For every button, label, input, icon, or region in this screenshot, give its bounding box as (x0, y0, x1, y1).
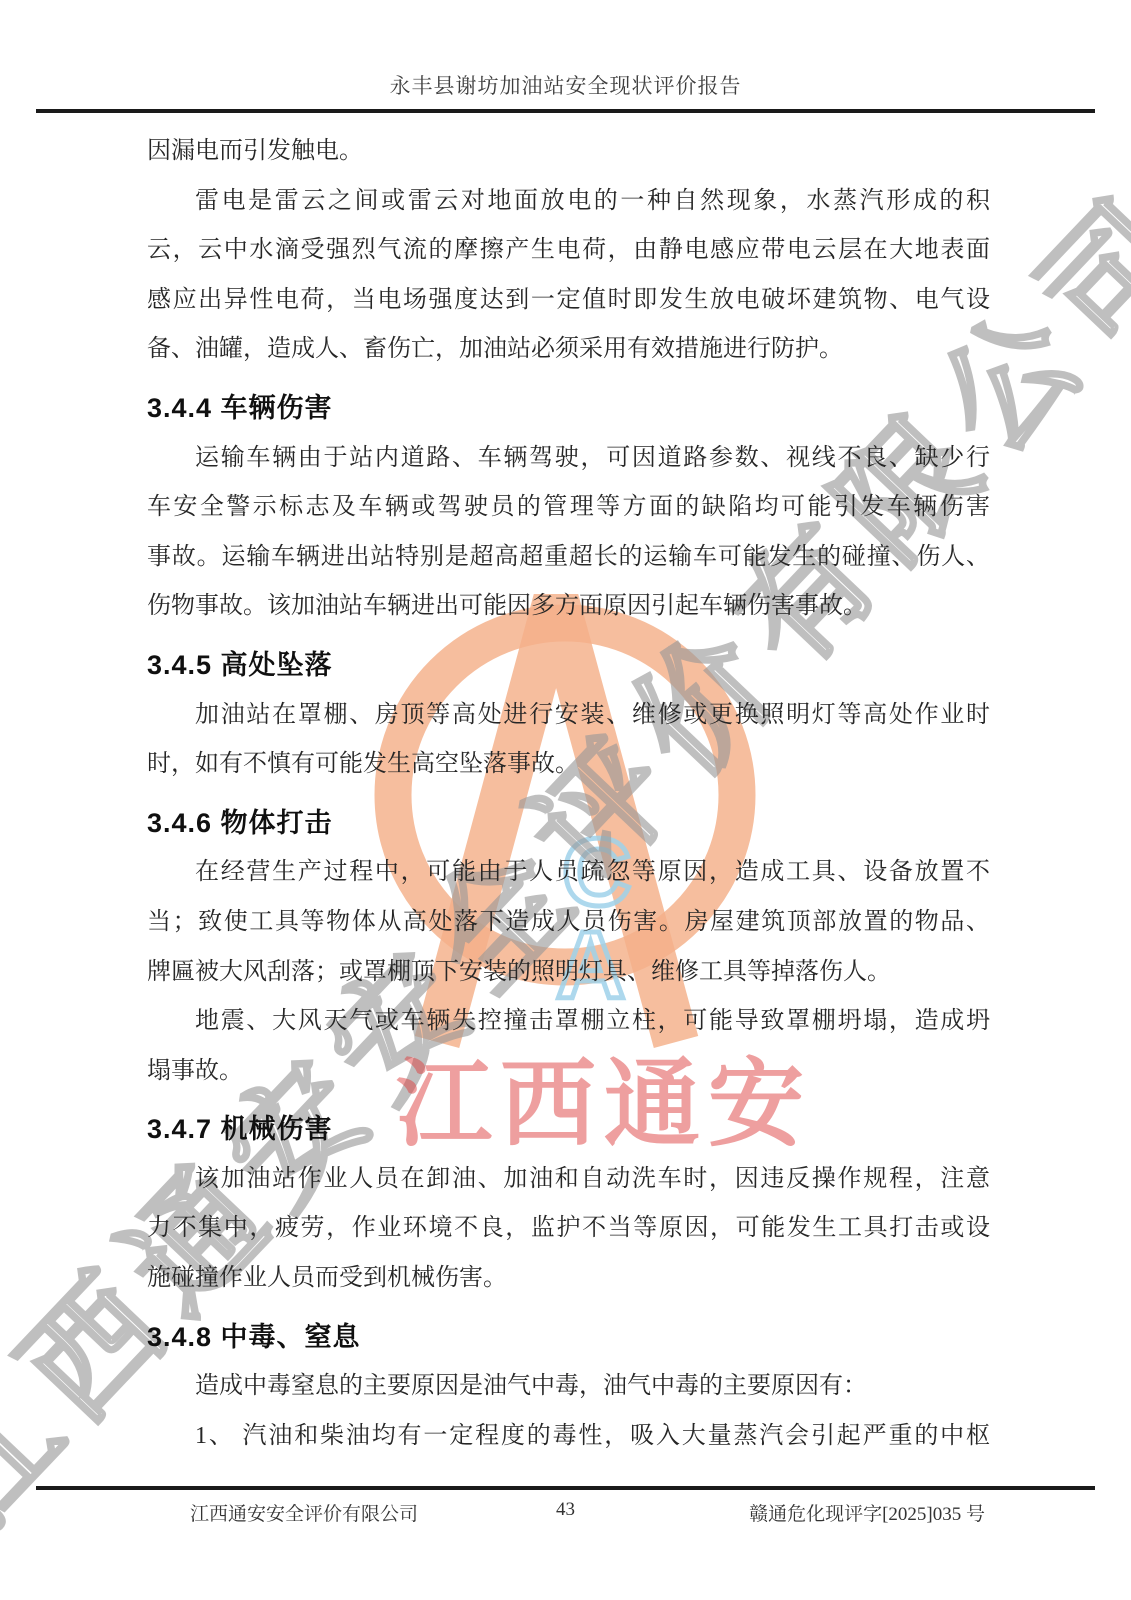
text-line: 在经营生产过程中，可能由于人员疏忽等原因，造成工具、设备放置不 (147, 848, 990, 898)
text-line: 造成中毒窒息的主要原因是油气中毒，油气中毒的主要原因有： (147, 1362, 990, 1412)
paragraph: 1、 汽油和柴油均有一定程度的毒性，吸入大量蒸汽会引起严重的中枢 (147, 1412, 990, 1462)
paragraph: 该加油站作业人员在卸油、加油和自动洗车时，因违反操作规程，注意力不集中，疲劳，作… (147, 1155, 990, 1304)
text-line: 当；致使工具等物体从高处落下造成人员伤害。房屋建筑顶部放置的物品、 (147, 898, 990, 948)
text-line: 事故。运输车辆进出站特别是超高超重超长的运输车可能发生的碰撞、伤人、 (147, 533, 990, 583)
paragraph: 造成中毒窒息的主要原因是油气中毒，油气中毒的主要原因有： (147, 1362, 990, 1412)
section-heading: 3.4.7 机械伤害 (147, 1105, 990, 1155)
text-line: 1、 汽油和柴油均有一定程度的毒性，吸入大量蒸汽会引起严重的中枢 (147, 1412, 990, 1462)
paragraph: 在经营生产过程中，可能由于人员疏忽等原因，造成工具、设备放置不当；致使工具等物体… (147, 848, 990, 997)
text-line: 牌匾被大风刮落；或罩棚顶下安装的照明灯具、维修工具等掉落伤人。 (147, 948, 990, 998)
doc-body: 因漏电而引发触电。雷电是雷云之间或雷云对地面放电的一种自然现象，水蒸汽形成的积云… (147, 127, 990, 1461)
text-line: 雷电是雷云之间或雷云对地面放电的一种自然现象，水蒸汽形成的积 (147, 177, 990, 227)
paragraph: 地震、大风天气或车辆失控撞击罩棚立柱，可能导致罩棚坍塌，造成坍塌事故。 (147, 997, 990, 1096)
section-heading: 3.4.5 高处坠落 (147, 641, 990, 691)
section-heading: 3.4.6 物体打击 (147, 799, 990, 849)
section-heading: 3.4.4 车辆伤害 (147, 384, 990, 434)
footer-rule (36, 1486, 1095, 1490)
text-line: 该加油站作业人员在卸油、加油和自动洗车时，因违反操作规程，注意 (147, 1155, 990, 1205)
text-line: 时，如有不慎有可能发生高空坠落事故。 (147, 740, 990, 790)
text-line: 感应出异性电荷，当电场强度达到一定值时即发生放电破坏建筑物、电气设 (147, 276, 990, 326)
text-line: 车安全警示标志及车辆或驾驶员的管理等方面的缺陷均可能引发车辆伤害 (147, 483, 990, 533)
paragraph: 运输车辆由于站内道路、车辆驾驶，可因道路参数、视线不良、缺少行车安全警示标志及车… (147, 434, 990, 632)
document-page: C A 江西通安安全评价有限公司 江西通安 永丰县谢坊加油站安全现状评价报告 因… (0, 0, 1131, 1600)
paragraph: 雷电是雷云之间或雷云对地面放电的一种自然现象，水蒸汽形成的积云，云中水滴受强烈气… (147, 177, 990, 375)
text-line: 地震、大风天气或车辆失控撞击罩棚立柱，可能导致罩棚坍塌，造成坍 (147, 997, 990, 1047)
header-rule (36, 109, 1095, 113)
footer-document-number: 赣通危化现评字[2025]035 号 (749, 1499, 985, 1526)
text-line: 力不集中，疲劳，作业环境不良，监护不当等原因，可能发生工具打击或设 (147, 1204, 990, 1254)
text-line: 备、油罐，造成人、畜伤亡，加油站必须采用有效措施进行防护。 (147, 325, 990, 375)
text-line: 加油站在罩棚、房顶等高处进行安装、维修或更换照明灯等高处作业时 (147, 691, 990, 741)
section-heading: 3.4.8 中毒、窒息 (147, 1313, 990, 1363)
page-header-title: 永丰县谢坊加油站安全现状评价报告 (0, 70, 1131, 100)
paragraph: 因漏电而引发触电。 (147, 127, 990, 177)
text-line: 施碰撞作业人员而受到机械伤害。 (147, 1254, 990, 1304)
text-line: 塌事故。 (147, 1047, 990, 1097)
text-line: 云，云中水滴受强烈气流的摩擦产生电荷，由静电感应带电云层在大地表面 (147, 226, 990, 276)
text-line: 运输车辆由于站内道路、车辆驾驶，可因道路参数、视线不良、缺少行 (147, 434, 990, 484)
text-line: 伤物事故。该加油站车辆进出可能因多方面原因引起车辆伤害事故。 (147, 582, 990, 632)
text-line: 因漏电而引发触电。 (147, 127, 990, 177)
paragraph: 加油站在罩棚、房顶等高处进行安装、维修或更换照明灯等高处作业时时，如有不慎有可能… (147, 691, 990, 790)
